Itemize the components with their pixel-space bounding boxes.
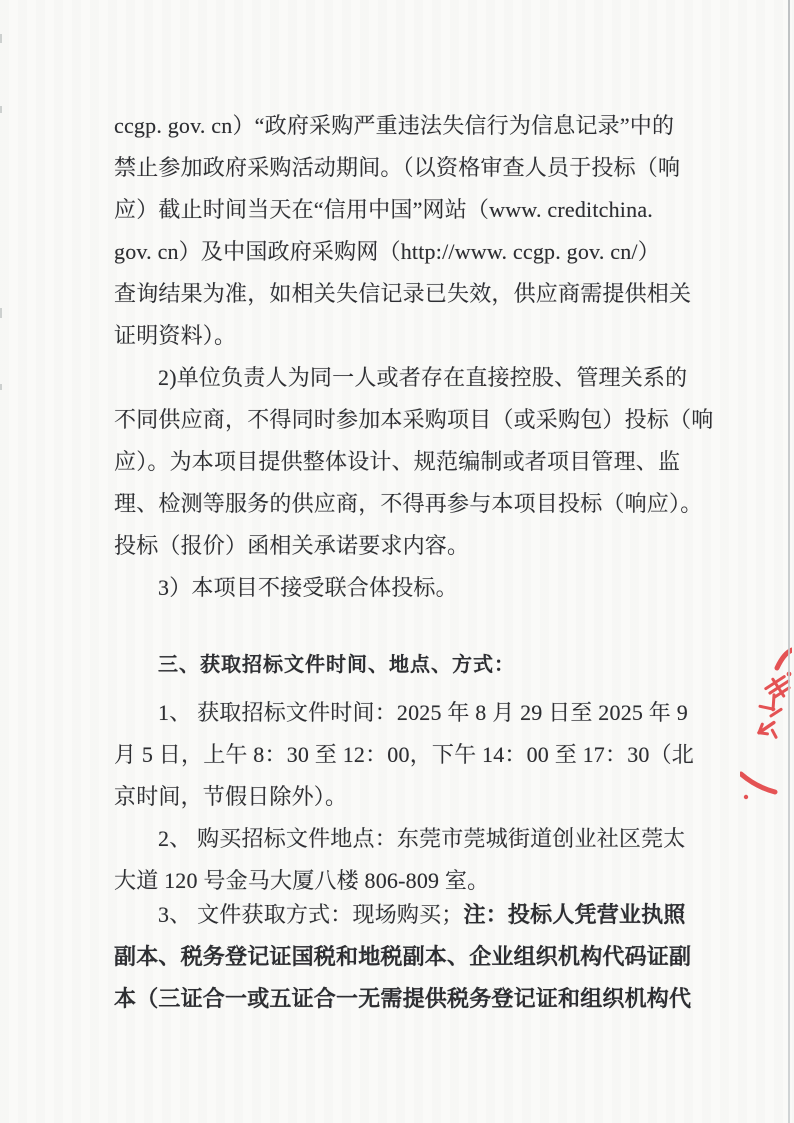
scanned-document-page: ccgp. gov. cn）“政府采购严重违法失信行为信息记录”中的 禁止参加政…: [0, 0, 794, 1123]
para-no-consortium-bid: 3）本项目不接受联合体投标。: [114, 567, 694, 609]
text-line: 理、检测等服务的供应商，不得再参与本项目投标（响应）。: [114, 483, 694, 525]
text-line: 应）截止时间当天在“信用中国”网站（www. creditchina.: [114, 189, 694, 231]
text-line: 3）本项目不接受联合体投标。: [114, 567, 694, 609]
para-document-purchase-location: 2、 购买招标文件地点：东莞市莞城街道创业社区莞太 大道 120 号金马大厦八楼…: [114, 818, 694, 902]
text-run-regular: 3、 文件获取方式：现场购买；: [158, 902, 464, 927]
text-line: 不同供应商，不得同时参加本采购项目（或采购包）投标（响: [114, 399, 694, 441]
text-line: ccgp. gov. cn）“政府采购严重违法失信行为信息记录”中的: [114, 105, 694, 147]
scan-artifact: [0, 308, 2, 318]
text-line: 2、 购买招标文件地点：东莞市莞城街道创业社区莞太: [114, 818, 694, 860]
text-line: 本（三证合一或五证合一无需提供税务登记证和组织机构代: [114, 978, 694, 1020]
section-heading-obtain-tender-documents: 三、获取招标文件时间、地点、方式：: [114, 644, 694, 686]
red-seal-stamp: [740, 645, 792, 805]
text-line: 1、 获取招标文件时间：2025 年 8 月 29 日至 2025 年 9: [114, 692, 694, 734]
text-line: gov. cn）及中国政府采购网（http://www. ccgp. gov. …: [114, 231, 694, 273]
text-line: 证明资料）。: [114, 315, 694, 357]
para-document-obtain-time: 1、 获取招标文件时间：2025 年 8 月 29 日至 2025 年 9 月 …: [114, 692, 694, 818]
text-line: 应）。为本项目提供整体设计、规范编制或者项目管理、监: [114, 441, 694, 483]
para-credit-record-check: ccgp. gov. cn）“政府采购严重违法失信行为信息记录”中的 禁止参加政…: [114, 105, 694, 357]
text-line: 3、 文件获取方式：现场购买；注：投标人凭营业执照: [114, 894, 694, 936]
text-line: 投标（报价）函相关承诺要求内容。: [114, 525, 694, 567]
text-run-bold: 注：投标人凭营业执照: [464, 902, 686, 927]
para-same-legal-representative: 2)单位负责人为同一人或者存在直接控股、管理关系的 不同供应商，不得同时参加本采…: [114, 357, 694, 567]
text-line: 禁止参加政府采购活动期间。（以资格审查人员于投标（响: [114, 147, 694, 189]
text-line: 月 5 日，上午 8：30 至 12：00，下午 14：00 至 17：30（北: [114, 734, 694, 776]
scan-artifact: [0, 106, 2, 113]
text-line: 京时间，节假日除外）。: [114, 776, 694, 818]
document-text-block: ccgp. gov. cn）“政府采购严重违法失信行为信息记录”中的 禁止参加政…: [114, 105, 694, 1020]
text-line: 2)单位负责人为同一人或者存在直接控股、管理关系的: [114, 357, 694, 399]
text-line: 查询结果为准，如相关失信记录已失效，供应商需提供相关: [114, 273, 694, 315]
scan-artifact: [0, 384, 2, 390]
page-edge-shadow: [788, 0, 790, 1123]
text-line: 副本、税务登记证国税和地税副本、企业组织机构代码证副: [114, 936, 694, 978]
scan-artifact: [0, 34, 2, 43]
para-document-obtain-method: 3、 文件获取方式：现场购买；注：投标人凭营业执照 副本、税务登记证国税和地税副…: [114, 894, 694, 1020]
red-seal-stamp-icon: [740, 645, 792, 805]
